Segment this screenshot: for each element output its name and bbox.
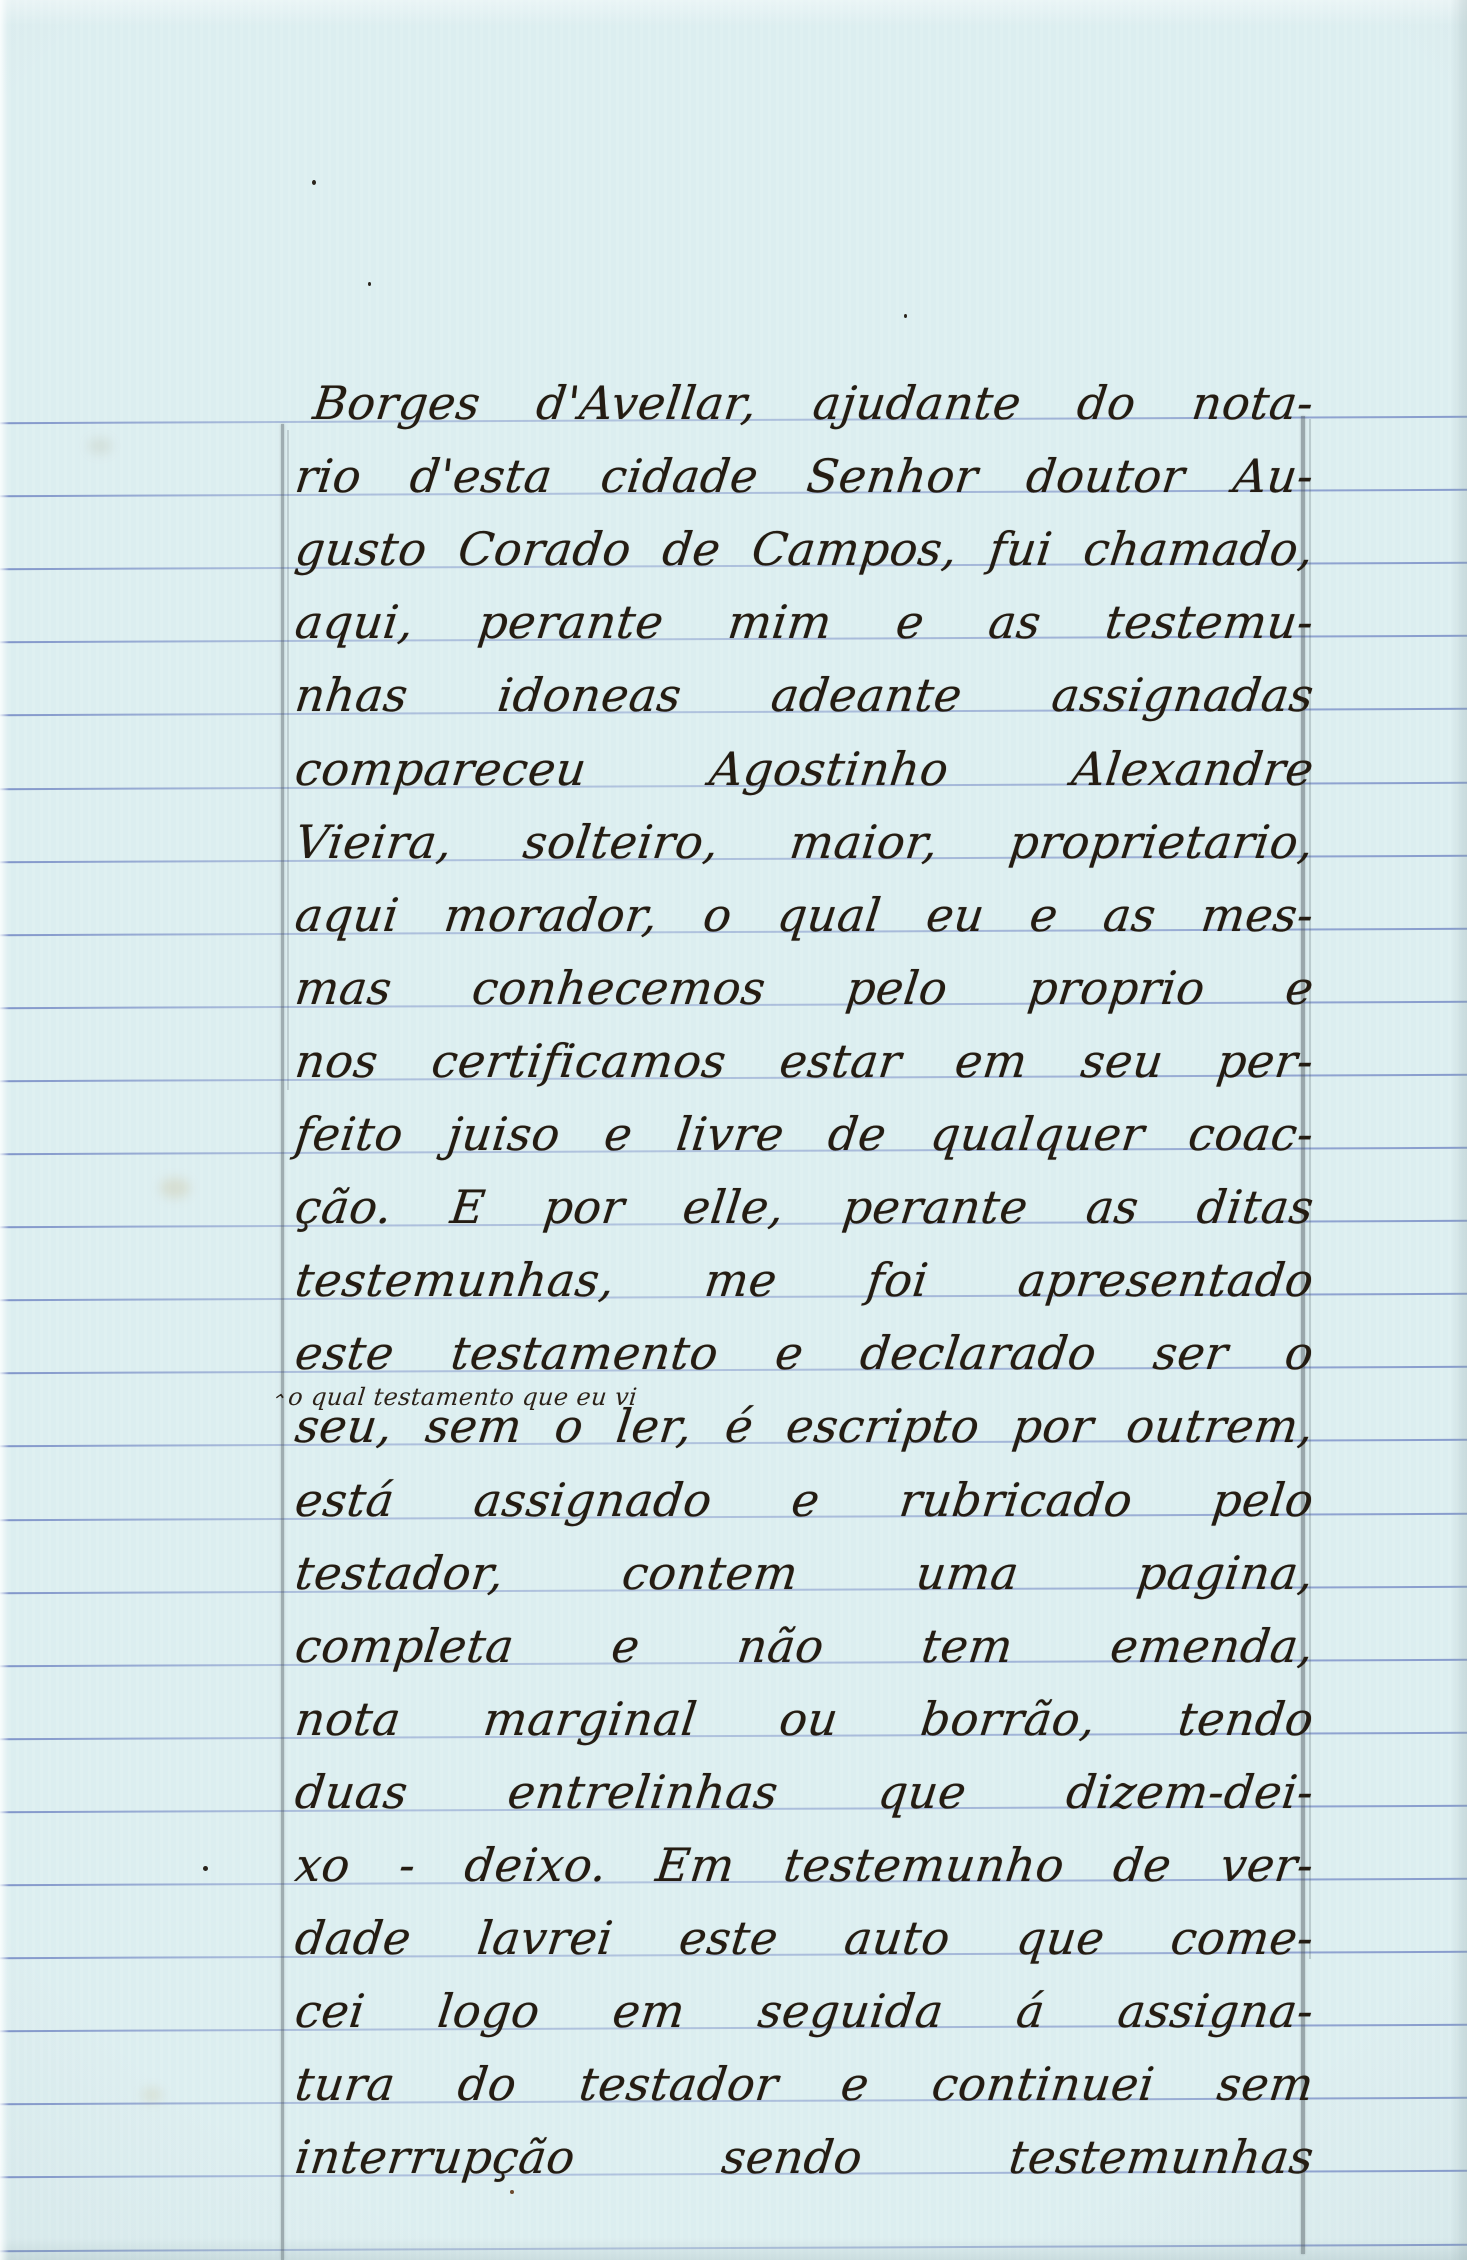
manuscript-line: cei logo em seguida á assigna-: [292, 1982, 1317, 2040]
interlineation-text: o qual testamento que eu vi: [287, 1383, 639, 1411]
manuscript-page: Borges d'Avellar, ajudante do nota-rio d…: [0, 0, 1467, 2260]
manuscript-line: este testamento e declarado ser o: [292, 1324, 1317, 1382]
manuscript-line: nota marginal ou borrão, tendo: [292, 1690, 1317, 1748]
ink-dot: [510, 2190, 514, 2194]
manuscript-line: Borges d'Avellar, ajudante do nota-: [292, 374, 1317, 432]
manuscript-line: feito juiso e livre de qualquer coac-: [292, 1105, 1317, 1163]
interlineation: ⌃o qual testamento que eu vi: [268, 1384, 638, 1415]
manuscript-line: testador, contem uma pagina,: [292, 1544, 1317, 1602]
manuscript-line: dade lavrei este auto que come-: [292, 1909, 1317, 1967]
ink-dot: [368, 282, 371, 286]
manuscript-line: nos certificamos estar em seu per-: [292, 1032, 1317, 1090]
manuscript-line: aqui, perante mim e as testemu-: [292, 593, 1317, 651]
ink-dot: [203, 1866, 208, 1871]
caret-mark: ⌃: [268, 1391, 286, 1412]
manuscript-line: nhas idoneas adeante assignadas: [292, 666, 1317, 724]
manuscript-line: rio d'esta cidade Senhor doutor Au-: [292, 447, 1317, 505]
manuscript-line: interrupção sendo testemunhas: [292, 2128, 1317, 2186]
manuscript-line: compareceu Agostinho Alexandre: [292, 740, 1317, 798]
ink-dot: [904, 314, 907, 318]
manuscript-line: está assignado e rubricado pelo: [292, 1471, 1317, 1529]
manuscript-line: mas conhecemos pelo proprio e: [292, 959, 1317, 1017]
manuscript-line: gusto Corado de Campos, fui chamado,: [292, 520, 1317, 578]
manuscript-line: duas entrelinhas que dizem-dei-: [292, 1763, 1317, 1821]
manuscript-line: aqui morador, o qual eu e as mes-: [292, 886, 1317, 944]
manuscript-text: Borges d'Avellar, ajudante do nota-rio d…: [0, 0, 1467, 2260]
manuscript-line: ção. E por elle, perante as ditas: [292, 1178, 1317, 1236]
manuscript-line: xo - deixo. Em testemunho de ver-: [292, 1836, 1317, 1894]
manuscript-line: Vieira, solteiro, maior, proprietario,: [292, 813, 1317, 871]
ink-dot: [312, 180, 316, 185]
manuscript-line: completa e não tem emenda,: [292, 1617, 1317, 1675]
manuscript-line: testemunhas, me foi apresentado: [292, 1251, 1317, 1309]
manuscript-line: tura do testador e continuei sem: [292, 2055, 1317, 2113]
